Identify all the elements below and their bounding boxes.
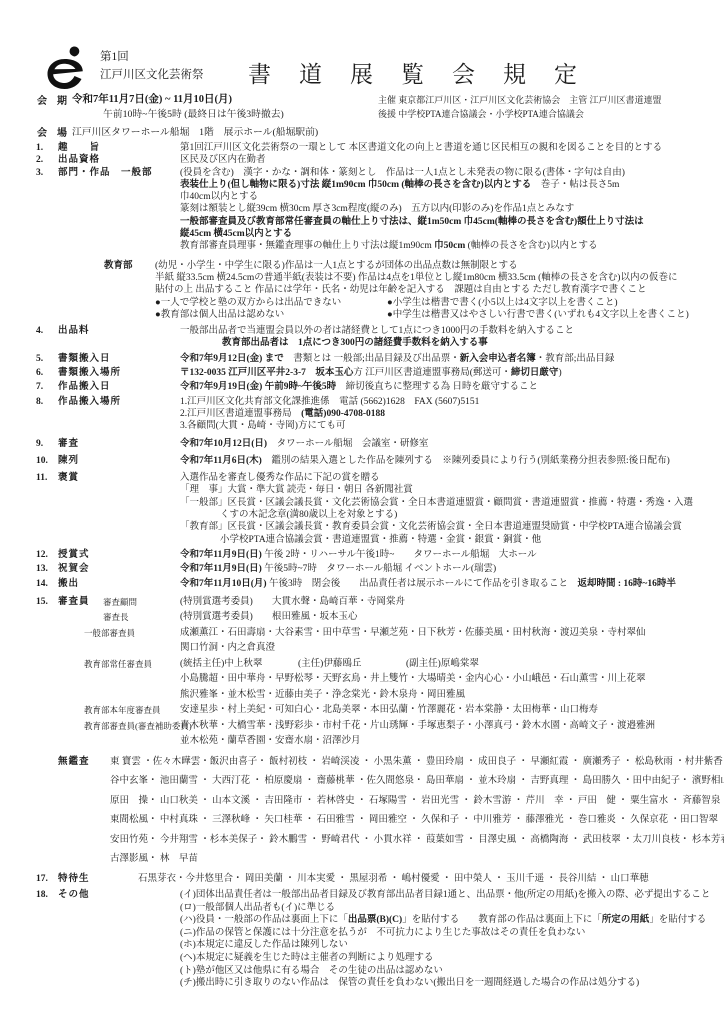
text-segment: (軸棒の長さを含む)以内とする <box>465 241 597 251</box>
sub-label: 教育部本年度審査員 <box>84 703 161 719</box>
text-segment: 入選作品を審査し優秀な作品に下記の賞を贈る <box>180 473 380 483</box>
text-row: 教育部審査員理事・無鑑査理事の軸仕上り寸法は縦1m90cm 巾50cm (軸棒の… <box>0 240 724 252</box>
text-row: 7.作品搬入日令和7年9月19日(金) 午前9時~午後5時 締切後直ちに整理する… <box>0 381 724 393</box>
edogawa-logo <box>42 44 90 92</box>
section-number: 2. <box>36 154 43 166</box>
section: 7.作品搬入日令和7年9月19日(金) 午前9時~午後5時 締切後直ちに整理する… <box>0 381 724 393</box>
text-segment: 巾40cm以内とする <box>180 192 258 202</box>
edition-label: 第1回 <box>100 50 129 65</box>
text-segment: 午後3時 閉会後 出品責任者は展示ホールにて作品を引き取ること <box>267 579 578 589</box>
text-row: ●一人で学校と塾の双方からは出品できない●小学生は楷書で書く(小5以上は4文字以… <box>0 297 724 309</box>
text-segment: 東間松風・ 中村真珠 ・ 三澤秋峰 ・ 矢口桂華 ・ 石田雅雪 ・ 岡田雅空 ・… <box>110 815 718 825</box>
text-segment: (統括主任)中上秋翠 <box>180 657 298 673</box>
text-segment: 縦45cm 横45cm以内とする <box>180 229 292 239</box>
text-row: 2.江戸川区書道連盟事務局 (電話)090-4708-0188 <box>0 408 724 420</box>
text-segment: ・教育部;出品目録 <box>536 354 615 364</box>
section: 18.その他(イ)団体出品責任者は一般部出品者目録及び教育部出品者目録1通と、出… <box>0 889 724 990</box>
text-row: 並木松苑・蘭草香園・安齋水扇・沼澤沙月 <box>0 734 724 750</box>
text-segment: 表装仕上り(但し軸物に限る)寸法 縦1m90cm 巾50cm (軸棒の長さを含む… <box>180 180 531 190</box>
section-label: 作品搬入場所 <box>58 396 121 408</box>
text-segment: 第1回江戸川区文化芸術祭の一環として 本区書道文化の向上と書道を通じ区民相互の親… <box>180 143 662 153</box>
text-segment: 大貫水聲・島崎百華・寺岡棠舟 <box>272 597 405 607</box>
venue-label: 会 場 <box>37 124 67 139</box>
text-segment: 令和7年11月10日(月) <box>180 579 267 589</box>
text-row: 無鑑査東 寶雲 ・佐々木曄雲・飯沢由喜子・ 飯村初枝 ・ 岩崎渓凌 ・ 小黒朱薫… <box>0 753 724 773</box>
text-segment: ●教育部は個人出品は認めない <box>155 309 387 321</box>
section-number: 15. <box>36 595 48 611</box>
section-label: 審査 <box>58 438 79 450</box>
text-row: (ロ)一般部個人出品者も(イ)に準じる <box>0 902 724 915</box>
text-segment: 書類とは 一般部;出品目録及び出品票・ <box>284 354 460 364</box>
section: 11.褒賞入選作品を審査し優秀な作品に下記の賞を贈る「理 事」大賞・準大賞 読売… <box>0 472 724 546</box>
text-segment: 熊沢雅峯・並木松雪・近藤由美子・浄念棠光・鈴木泉舟・岡田雅風 <box>180 690 465 700</box>
text-segment: (ハ)役員・一般部の作品は裏面上下に「 <box>180 915 348 925</box>
section-number: 3. <box>36 167 43 179</box>
section: 5.書類搬入日令和7年9月12日(金) まで 書類とは 一般部;出品目録及び出品… <box>0 353 724 365</box>
text-row: 教育部本年度審査員安達星歩・村上美紀・可知白心・北島美翠・本田弘蘭・竹澤麗花・岩… <box>0 703 724 719</box>
text-row: くすの木記念章(満80歳以上を対象とする) <box>0 509 724 521</box>
text-row: 教育部出品者は 1点につき300円の諸経費手数料を納入する事 <box>0 337 724 349</box>
sub-label: 審査顧問 <box>103 595 137 611</box>
section: 無鑑査東 寶雲 ・佐々木曄雲・飯沢由喜子・ 飯村初枝 ・ 岩崎渓凌 ・ 小黒朱薫… <box>0 753 724 870</box>
text-segment: 令和7年11月9日(日) <box>180 550 262 560</box>
text-segment: 「教育部」区長賞・区議会議長賞・教育委員会賞・文化芸術協会賞・全日本書道連盟奨励… <box>180 522 682 532</box>
section-label: 出品料 <box>58 325 90 337</box>
text-row: 「一般部」区長賞・区議会議長賞・文化芸術協会賞・全日本書道連盟賞・顧問賞・書道連… <box>0 497 724 509</box>
text-row: 5.書類搬入日令和7年9月12日(金) まで 書類とは 一般部;出品目録及び出品… <box>0 353 724 365</box>
session-time: 午前10時~午後5時 (最終日は午後3時撤去) <box>103 106 284 120</box>
section-label: その他 <box>58 889 90 902</box>
text-segment: 根田雅風・坂本玉心 <box>272 612 358 622</box>
text-segment: (役員を含む) 漢字・かな・調和体・篆刻とし 作品は一人1点とし未発表の物に限る… <box>180 168 625 178</box>
text-segment: 区民及び区内在勤者 <box>180 155 266 165</box>
text-row: 4.出品料一般部出品者で当連盟会員以外の者は諸経費として1点につき1000円の手… <box>0 325 724 337</box>
text-row: 一般部審査員及び教育部常任審査員の軸仕上り寸法は、縦1m50cm 巾45cm(軸… <box>0 216 724 228</box>
section-number: 17. <box>36 873 48 885</box>
text-row: 小学校PTA連合協議会賞・書道連盟賞・推薦・特選・金賞・銀賞・銅賞・他 <box>0 534 724 546</box>
text-row: 10.陳列令和7年11月6日(木) 鑑別の結果入選とした作品を陳列する ※陳列委… <box>0 455 724 467</box>
text-segment: 谷中玄峯・ 池田蘭雪 ・ 大西汀花 ・ 柏原慶扇 ・ 齋藤桃華 ・佐久間悠泉・ … <box>110 776 724 786</box>
text-segment: 東 寶雲 ・佐々木曄雲・飯沢由喜子・ 飯村初枝 ・ 岩崎渓凌 ・ 小黒朱薫 ・ … <box>110 757 723 767</box>
text-segment: 半紙 縦33.5cm 横24.5cmの普通半紙(表装は不要) 作品は4点を1単位… <box>155 273 677 283</box>
text-segment: 教育部審査員理事・無鑑査理事の軸仕上り寸法は縦1m90cm <box>180 241 434 251</box>
text-row: 篆刻は額装とし縦39cm 横30cm 厚さ3cm程度(縦のみ) 五方以内(印影の… <box>0 203 724 215</box>
text-segment: 令和7年11月6日(木) <box>180 456 262 466</box>
text-row: 9.審査令和7年10月12日(日) タワーホール船堀 会議室・研修室 <box>0 438 724 450</box>
text-segment: (ホ)本規定に違反した作品は陳列しない <box>180 940 348 950</box>
text-row: 教育部審査員(審査補助委員)青木秋華・大橋雪華・浅野彩歩・市村千花・片山琇輝・手… <box>0 719 724 735</box>
text-segment: 」を貼付する <box>649 915 706 925</box>
text-segment: 午後5時~7時 タワーホール船堀 イベントホール(瑞雲) <box>262 564 496 574</box>
text-segment: 小学校PTA連合協議会賞・書道連盟賞・推薦・特選・金賞・銀賞・銅賞・他 <box>220 535 541 545</box>
text-segment: 貼付の上 出品すること 作品には学年・氏名・幼児は年齢を記入する 課題は自由とす… <box>155 285 647 295</box>
text-segment: 教育部出品者は 1点につき300円の諸経費手数料を納入する事 <box>222 338 488 348</box>
section-label: 書類搬入日 <box>58 353 111 365</box>
text-row: 熊沢雅峯・並木松雪・近藤由美子・浄念棠光・鈴木泉舟・岡田雅風 <box>0 688 724 704</box>
text-segment: 関口竹洞・内之倉真澄 <box>180 643 275 653</box>
text-segment: 所定の用紙 <box>602 915 650 925</box>
section-label: 褒賞 <box>58 472 79 484</box>
section-number: 11. <box>36 472 47 484</box>
page-title: 書道展覧会規定 <box>248 56 605 89</box>
text-row: 縦45cm 横45cm以内とする <box>0 228 724 240</box>
text-row: (ハ)役員・一般部の作品は裏面上下に「出品票(B)(C)」を貼付する 教育部の作… <box>0 914 724 927</box>
text-segment: 締切日厳守 <box>511 368 559 378</box>
document-header: 第1回 江戸川区文化芸術祭 書道展覧会規定 会 期 令和7年11月7日(金) ~… <box>0 0 724 138</box>
section-number: 5. <box>36 353 43 365</box>
text-segment: 午後 2時・リハーサル午後1時~ タワーホール船堀 大ホール <box>262 550 537 560</box>
text-row: 関口竹洞・内之倉真澄 <box>0 641 724 657</box>
text-segment: 一般部出品者で当連盟会員以外の者は諸経費として1点につき1000円の手数料を納入… <box>180 326 574 336</box>
text-segment: 安達星歩・村上美紀・可知白心・北島美翠・本田弘蘭・竹澤麗花・岩本棠静・太田梅華・… <box>180 705 598 715</box>
text-segment: 古澤影風・ 林 早苗 <box>110 854 198 864</box>
text-segment: 原田 操・ 山口秋美 ・ 山本文溪 ・ 吉田隆市 ・ 若林啓史 ・ 石塚陽雪 ・… <box>110 796 720 806</box>
section-number: 18. <box>36 889 48 902</box>
text-segment: 1.江戸川区文化共育部文化課推進係 電話 (5662)1628 FAX (560… <box>180 397 479 407</box>
text-segment: (ヘ)本規定に疑義を生じた時は主催者の判断により処理する <box>180 953 433 963</box>
text-segment: (幼児・小学生・中学生に限る)作品は一人1点とするが団体の出品点数は無制限とする <box>155 261 518 271</box>
text-row: 2.出品資格区民及び区内在勤者 <box>0 154 724 166</box>
text-row: (ト)塾が他区又は他県に有る場合 その生徒の出品は認めない <box>0 965 724 978</box>
text-row: 「教育部」区長賞・区議会議長賞・教育委員会賞・文化芸術協会賞・全日本書道連盟奨励… <box>0 521 724 533</box>
text-row: 原田 操・ 山口秋美 ・ 山本文溪 ・ 吉田隆市 ・ 若林啓史 ・ 石塚陽雪 ・… <box>0 792 724 812</box>
text-segment: (主任)伊藤鴎丘 <box>298 657 406 673</box>
text-segment: (特別賞選考委員) <box>180 595 272 611</box>
section-label: 書類搬入場所 <box>58 367 121 379</box>
section-number: 6. <box>36 367 43 379</box>
text-row: 17.特待生石黒芽衣・今井悠里合・ 岡田美蘭 ・ 川本実愛 ・ 黒屋羽希 ・ 嶋… <box>0 873 724 885</box>
text-segment: 一般部審査員及び教育部常任審査員の軸仕上り寸法は、縦1m50cm 巾45cm(軸… <box>180 217 644 227</box>
text-segment: くすの木記念章(満80歳以上を対象とする) <box>220 510 397 520</box>
text-segment: 「一般部」区長賞・区議会議長賞・文化芸術協会賞・全日本書道連盟賞・顧問賞・書道連… <box>180 498 693 508</box>
text-row: 8.作品搬入場所1.江戸川区文化共育部文化課推進係 電話 (5662)1628 … <box>0 396 724 408</box>
session-dates: 令和7年11月7日(金) ~ 11月10日(月) <box>72 91 232 106</box>
section: 17.特待生石黒芽衣・今井悠里合・ 岡田美蘭 ・ 川本実愛 ・ 黒屋羽希 ・ 嶋… <box>0 873 724 885</box>
venue-line: 江戸川区タワーホール船堀 1階 展示ホール(船堀駅前) <box>72 124 318 138</box>
text-segment: 令和7年11月9日(日) <box>180 564 262 574</box>
text-segment: 令和7年10月12日(日) <box>180 439 267 449</box>
section-label: 部門・作品 一般部 <box>58 167 153 179</box>
text-row: 3.各顧問(大貫・島崎・寺岡)方にても可 <box>0 420 724 432</box>
section: 6.書類搬入場所〒132-0035 江戸川区平井2-3-7 坂本玉心方 江戸川区… <box>0 367 724 379</box>
text-row: 12.授賞式令和7年11月9日(日) 午後 2時・リハーサル午後1時~ タワーホ… <box>0 549 724 561</box>
text-segment: (チ)搬出時に引き取りのない作品は 保管の責任を負わない(搬出日を一週間経過した… <box>180 978 639 988</box>
section: 3.部門・作品 一般部(役員を含む) 漢字・かな・調和体・篆刻とし 作品は一人1… <box>0 167 724 322</box>
text-row: 表装仕上り(但し軸物に限る)寸法 縦1m90cm 巾50cm (軸棒の長さを含む… <box>0 179 724 191</box>
text-segment: (ニ)作品の保管と保護には十分注意を払うが 不可抗力により生じた事故はその責任を… <box>180 928 585 938</box>
sub-label: 教育部 <box>104 260 133 272</box>
text-segment: ●小学生は楷書で書く(小5以上は4文字以上を書くこと) <box>387 298 618 308</box>
section-label: 搬出 <box>58 578 79 590</box>
text-segment: 方 江戸川区書道連盟事務局(郵送可・ <box>353 368 511 378</box>
text-segment: 令和7年9月12日(金) まで <box>180 354 284 364</box>
section-number: 10. <box>36 455 48 467</box>
text-segment: 成瀬薫江・石田壽扇・大谷素雪・田中草雪・早瀬芝苑・日下秋芳・佐藤美風・田村秋海・… <box>180 628 646 638</box>
text-segment: 青木秋華・大橋雪華・浅野彩歩・市村千花・片山琇輝・手塚恵梨子・小澤真弓・鈴木水園… <box>180 721 655 731</box>
section: 4.出品料一般部出品者で当連盟会員以外の者は諸経費として1点につき1000円の手… <box>0 325 724 350</box>
text-row: (ヘ)本規定に疑義を生じた時は主催者の判断により処理する <box>0 952 724 965</box>
text-segment: 石黒芽衣・今井悠里合・ 岡田美蘭 ・ 川本実愛 ・ 黒屋羽希 ・ 嶋村優愛 ・ … <box>138 874 649 884</box>
sub-label: 教育部審査員(審査補助委員) <box>84 719 192 735</box>
text-segment: (特別賞選考委員) <box>180 610 272 626</box>
section-number: 7. <box>36 381 43 393</box>
sub-label: 審査長 <box>103 610 129 626</box>
section-label: 陳列 <box>58 455 79 467</box>
text-row: 11.褒賞入選作品を審査し優秀な作品に下記の賞を贈る <box>0 472 724 484</box>
text-segment: ●一人で学校と塾の双方からは出品できない <box>155 297 387 309</box>
section: 9.審査令和7年10月12日(日) タワーホール船堀 会議室・研修室 <box>0 438 724 450</box>
text-row: 15.審査員審査顧問(特別賞選考委員)大貫水聲・島崎百華・寺岡棠舟 <box>0 595 724 611</box>
text-segment: (イ)団体出品責任者は一般部出品者目録及び教育部出品者目録1通と、出品票・他(所… <box>180 890 710 900</box>
text-row: 安田竹苑・ 今井翔雪 ・杉本美保子・ 鈴木鵬雪 ・ 野崎君代 ・ 小貫水祥 ・ … <box>0 831 724 851</box>
text-segment: 「理 事」大賞・準大賞 読売・毎日・朝日 各新聞社賞 <box>180 485 413 495</box>
section: 8.作品搬入場所1.江戸川区文化共育部文化課推進係 電話 (5662)1628 … <box>0 396 724 433</box>
regulations-list: 1.趣 旨第1回江戸川区文化芸術祭の一環として 本区書道文化の向上と書道を通じ区… <box>0 142 724 990</box>
text-segment: (副主任)原嶋棠翠 <box>406 659 479 669</box>
section-number: 14. <box>36 578 48 590</box>
text-segment: 3.各顧問(大貫・島崎・寺岡)方にても可 <box>180 421 345 431</box>
session-label: 会 期 <box>37 92 67 107</box>
text-segment: 令和7年9月19日(金) 午前9時~午後5時 <box>180 382 336 392</box>
section-label: 出品資格 <box>58 154 100 166</box>
text-row: 審査長(特別賞選考委員)根田雅風・坂本玉心 <box>0 610 724 626</box>
text-row: 古澤影風・ 林 早苗 <box>0 850 724 870</box>
text-segment: 」を貼付する 教育部の作品は裏面上下に「 <box>402 915 602 925</box>
text-segment: 2.江戸川区書道連盟事務局 <box>180 409 301 419</box>
section-number: 4. <box>36 325 43 337</box>
section: 1.趣 旨第1回江戸川区文化芸術祭の一環として 本区書道文化の向上と書道を通じ区… <box>0 142 724 154</box>
text-segment: 小島騰超・田中華舟・早野松琴・天野玄鳥・井上雙竹・大場晴美・金内心心・小山峨邑・… <box>180 674 646 684</box>
sub-label: 一般部審査員 <box>84 626 135 642</box>
section-number: 8. <box>36 396 43 408</box>
text-segment: ) <box>558 368 561 378</box>
text-row: 3.部門・作品 一般部(役員を含む) 漢字・かな・調和体・篆刻とし 作品は一人1… <box>0 167 724 179</box>
text-row: ●教育部は個人出品は認めない●中学生は楷書又はやさしい行書で書く(いずれも4文字… <box>0 309 724 321</box>
section: 13.祝賀会令和7年11月9日(日) 午後5時~7時 タワーホール船堀 イベント… <box>0 563 724 575</box>
text-row: (ホ)本規定に違反した作品は陳列しない <box>0 939 724 952</box>
section-label: 無鑑査 <box>58 753 90 773</box>
section-label: 授賞式 <box>58 549 90 561</box>
text-segment: 並木松苑・蘭草香園・安齋水扇・沼澤沙月 <box>180 736 361 746</box>
section-number: 12. <box>36 549 48 561</box>
text-segment: 〒132-0035 江戸川区平井2-3-7 坂本玉心 <box>180 368 353 378</box>
section-label: 審査員 <box>58 595 90 611</box>
text-segment: 安田竹苑・ 今井翔雪 ・杉本美保子・ 鈴木鵬雪 ・ 野崎君代 ・ 小貫水祥 ・ … <box>110 835 724 845</box>
section-label: 作品搬入日 <box>58 381 111 393</box>
section: 15.審査員審査顧問(特別賞選考委員)大貫水聲・島崎百華・寺岡棠舟審査長(特別賞… <box>0 595 724 750</box>
text-row: 6.書類搬入場所〒132-0035 江戸川区平井2-3-7 坂本玉心方 江戸川区… <box>0 367 724 379</box>
sub-label: 教育部常任審査員 <box>84 657 152 673</box>
text-row: 13.祝賀会令和7年11月9日(日) 午後5時~7時 タワーホール船堀 イベント… <box>0 563 724 575</box>
text-row: 巾40cm以内とする <box>0 191 724 203</box>
text-row: 「理 事」大賞・準大賞 読売・毎日・朝日 各新聞社賞 <box>0 484 724 496</box>
text-segment: 篆刻は額装とし縦39cm 横30cm 厚さ3cm程度(縦のみ) 五方以内(印影の… <box>180 204 574 214</box>
organizer-line: 主催 東京都江戸川区・江戸川区文化芸術協会 主管 江戸川区書道連盟 <box>378 93 662 106</box>
section: 12.授賞式令和7年11月9日(日) 午後 2時・リハーサル午後1時~ タワーホ… <box>0 549 724 561</box>
text-segment: 締切後直ちに整理する為 日時を厳守すること <box>336 382 538 392</box>
text-row: 教育部(幼児・小学生・中学生に限る)作品は一人1点とするが団体の出品点数は無制限… <box>0 260 724 272</box>
text-segment: タワーホール船堀 会議室・研修室 <box>267 439 428 449</box>
section-label: 趣 旨 <box>58 142 100 154</box>
text-row: 教育部常任審査員(統括主任)中上秋翠(主任)伊藤鴎丘(副主任)原嶋棠翠 <box>0 657 724 673</box>
text-row: 東間松風・ 中村真珠 ・ 三澤秋峰 ・ 矢口桂華 ・ 石田雅雪 ・ 岡田雅空 ・… <box>0 811 724 831</box>
text-row: 小島騰超・田中華舟・早野松琴・天野玄鳥・井上雙竹・大場晴美・金内心心・小山峨邑・… <box>0 672 724 688</box>
text-segment: 新入会申込者名簿 <box>460 354 536 364</box>
section-label: 祝賀会 <box>58 563 90 575</box>
support-line: 後援 中学校PTA連合協議会・小学校PTA連合協議会 <box>378 107 584 120</box>
section: 10.陳列令和7年11月6日(木) 鑑別の結果入選とした作品を陳列する ※陳列委… <box>0 455 724 467</box>
text-segment: 出品票(B)(C) <box>348 915 402 925</box>
section-label: 特待生 <box>58 873 90 885</box>
text-segment: 返却時間 : 16時~16時半 <box>578 579 676 589</box>
text-segment: 巾50cm <box>434 241 465 251</box>
section-number: 9. <box>36 438 43 450</box>
section: 14.搬出令和7年11月10日(月) 午後3時 閉会後 出品責任者は展示ホールに… <box>0 578 724 590</box>
festival-name: 江戸川区文化芸術祭 <box>100 66 204 82</box>
document-page: { "page": { "bg": "#ffffff", "text_color… <box>0 0 724 1024</box>
text-row: 18.その他(イ)団体出品責任者は一般部出品者目録及び教育部出品者目録1通と、出… <box>0 889 724 902</box>
text-row: 半紙 縦33.5cm 横24.5cmの普通半紙(表装は不要) 作品は4点を1単位… <box>0 272 724 284</box>
text-row: 貼付の上 出品すること 作品には学年・氏名・幼児は年齢を記入する 課題は自由とす… <box>0 284 724 296</box>
section-number: 1. <box>36 142 43 154</box>
text-row: 1.趣 旨第1回江戸川区文化芸術祭の一環として 本区書道文化の向上と書道を通じ区… <box>0 142 724 154</box>
text-row: 谷中玄峯・ 池田蘭雪 ・ 大西汀花 ・ 柏原慶扇 ・ 齋藤桃華 ・佐久間悠泉・ … <box>0 772 724 792</box>
section: 2.出品資格区民及び区内在勤者 <box>0 154 724 166</box>
text-segment: 巻子・帖は長さ5m <box>531 180 619 190</box>
text-row: 14.搬出令和7年11月10日(月) 午後3時 閉会後 出品責任者は展示ホールに… <box>0 578 724 590</box>
text-segment: (ロ)一般部個人出品者も(イ)に準じる <box>180 903 335 913</box>
text-row: 一般部審査員成瀬薫江・石田壽扇・大谷素雪・田中草雪・早瀬芝苑・日下秋芳・佐藤美風… <box>0 626 724 642</box>
section-number: 13. <box>36 563 48 575</box>
text-segment: ●中学生は楷書又はやさしい行書で書く(いずれも4文字以上を書くこと) <box>387 310 689 320</box>
text-segment: 鑑別の結果入選とした作品を陳列する ※陳列委員により行う(別紙業務分担表参照:後… <box>262 456 670 466</box>
text-row: (チ)搬出時に引き取りのない作品は 保管の責任を負わない(搬出日を一週間経過した… <box>0 977 724 990</box>
text-segment: (電話)090-4708-0188 <box>301 409 385 419</box>
text-row: (ニ)作品の保管と保護には十分注意を払うが 不可抗力により生じた事故はその責任を… <box>0 927 724 940</box>
text-segment: (ト)塾が他区又は他県に有る場合 その生徒の出品は認めない <box>180 966 443 976</box>
